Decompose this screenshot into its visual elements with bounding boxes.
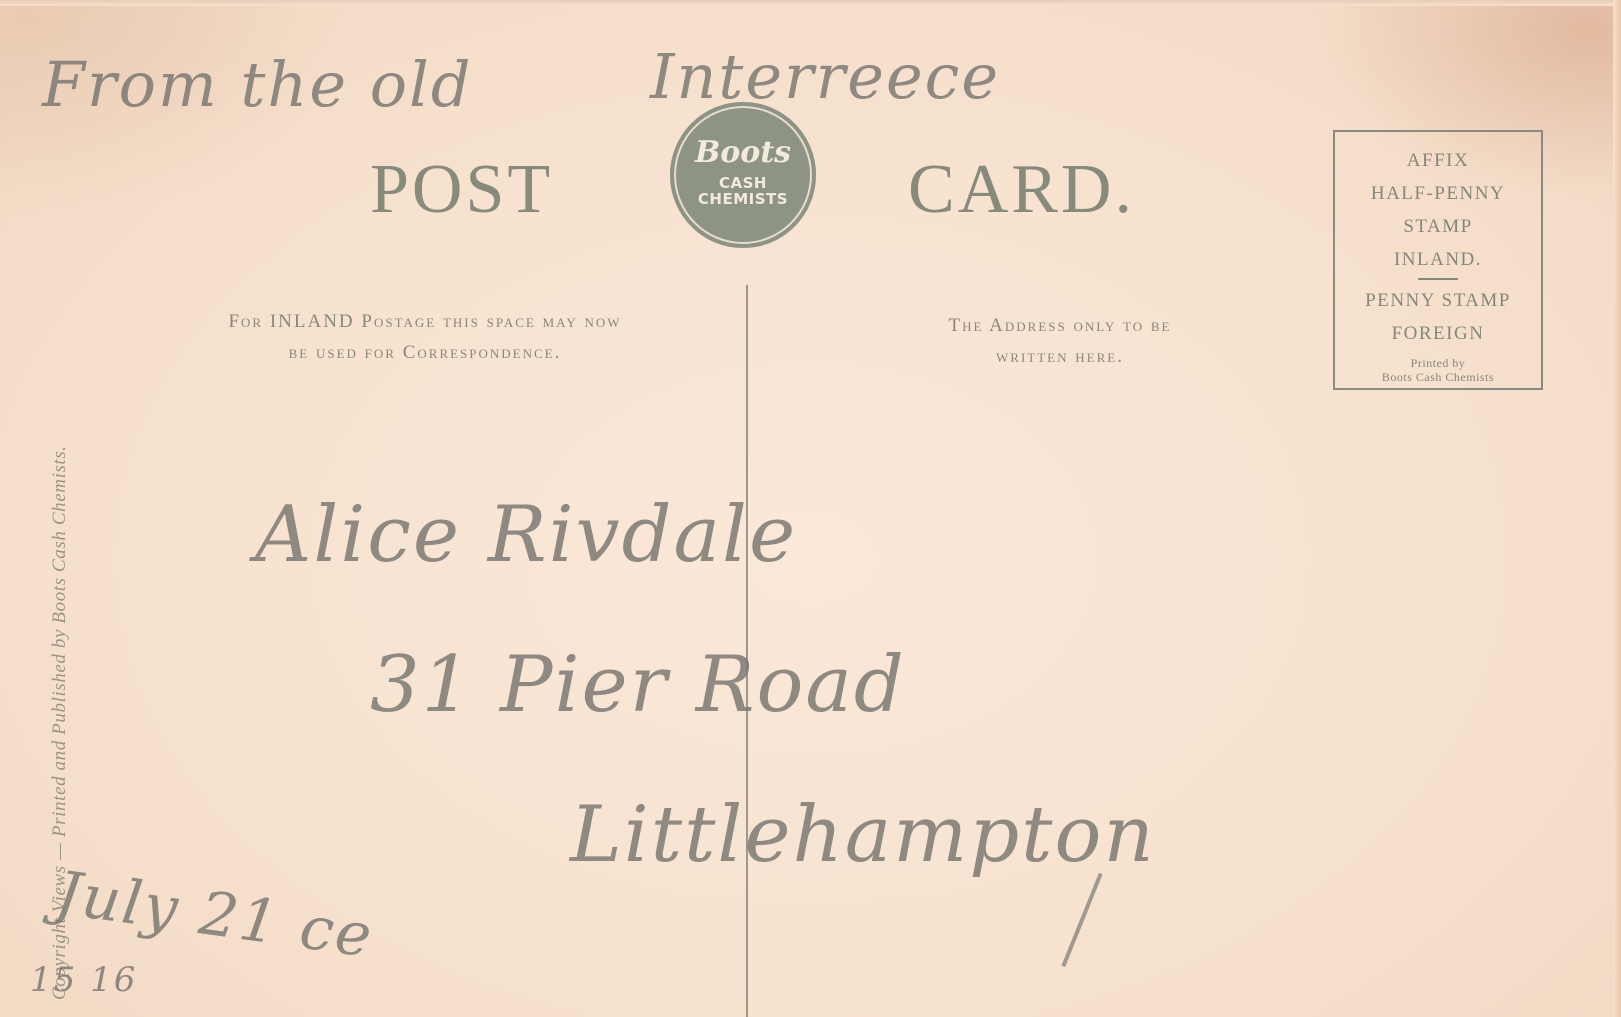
heading-post: POST (370, 150, 553, 230)
handwritten-note-part2: Interreece (650, 40, 1000, 113)
paper-edge-right (1613, 0, 1621, 1017)
stamp-line: INLAND. (1335, 243, 1541, 276)
stamp-divider (1418, 278, 1458, 280)
paper-edge-top (0, 0, 1621, 6)
handwritten-note-part1: From the old (42, 48, 473, 121)
stamp-line: HALF-PENNY (1335, 177, 1541, 210)
correspondence-notice-line1: For INLAND Postage this space may now (115, 306, 735, 337)
handwritten-town: Littlehampton (570, 790, 1156, 880)
stamp-foreign-line: PENNY STAMP (1335, 284, 1541, 317)
heading-card: CARD. (908, 150, 1135, 230)
address-notice: The Address only to be written here. (880, 310, 1240, 372)
handwritten-street: 31 Pier Road (370, 640, 906, 730)
boots-logo-icon: Boots CASH CHEMISTS (670, 102, 816, 248)
stamp-line: STAMP (1335, 210, 1541, 243)
stamp-printer-line: Printed by (1335, 356, 1541, 370)
stamp-foreign-line: FOREIGN (1335, 317, 1541, 350)
logo-line-chemists: CHEMISTS (698, 192, 788, 208)
handwriting-descender-stroke (1061, 873, 1102, 967)
correspondence-notice: For INLAND Postage this space may now be… (115, 306, 735, 368)
correspondence-notice-line2: be used for Correspondence. (115, 337, 735, 368)
logo-script: Boots (695, 138, 791, 168)
handwritten-recipient-name: Alice Rivdale (255, 490, 797, 580)
address-notice-line2: written here. (880, 341, 1240, 372)
stamp-printer-line: Boots Cash Chemists (1335, 370, 1541, 384)
stamp-line: AFFIX (1335, 144, 1541, 177)
handwritten-code: 15 16 (30, 960, 137, 1000)
address-notice-line1: The Address only to be (880, 310, 1240, 341)
postcard-back: From the old Interreece POST Boots CASH … (0, 0, 1621, 1017)
stamp-box: AFFIX HALF-PENNY STAMP INLAND. PENNY STA… (1333, 130, 1543, 390)
handwritten-date: July 21 ce (52, 858, 378, 972)
